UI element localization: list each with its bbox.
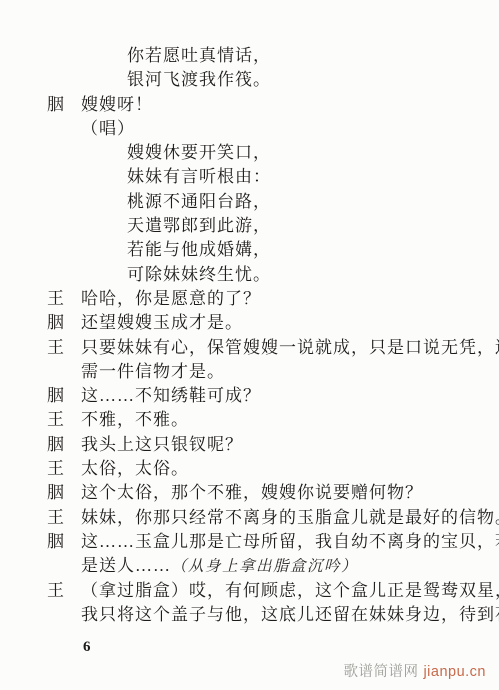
- verse-line: 可除妹妹终生忧。: [0, 263, 499, 287]
- speaker-label: 胭: [47, 93, 81, 117]
- line-text: 嫂嫂休要开笑口，: [127, 143, 271, 162]
- watermark: 歌谱简谱网jianpu.cn: [343, 660, 486, 681]
- line-segment: 嫂嫂休要开笑口，: [127, 143, 271, 162]
- dialogue-line: 王只要妹妹有心，保管嫂嫂一说就成，只是口说无凭，还: [0, 336, 499, 360]
- line-text: 我只将这个盖子与他，这底儿还留在妹妹身边，待到花: [81, 605, 499, 624]
- speaker-label: 胭: [47, 311, 81, 335]
- continuation-line: 需一件信物才是。: [0, 360, 499, 384]
- dialogue-line: 王（拿过脂盒）哎，有何顾虑，这个盒儿正是鸳鸯双星，: [0, 579, 499, 603]
- verse-line: 妹妹有言听根由：: [0, 165, 499, 189]
- line-text: 天遣鄂郎到此游，: [127, 216, 271, 235]
- speaker-label: 王: [47, 457, 81, 481]
- verse-line: 若能与他成婚媾，: [0, 238, 499, 262]
- line-segment: 可除妹妹终生忧。: [127, 265, 271, 284]
- dialogue-line: 胭这个太俗，那个不雅，嫂嫂你说要赠何物？: [0, 481, 499, 505]
- line-segment: 我只将这个盖子与他，这底儿还留在妹妹身边，待到花: [81, 605, 499, 624]
- dialogue-line: 胭还望嫂嫂玉成才是。: [0, 311, 499, 335]
- line-text: 桃源不通阳台路，: [127, 192, 271, 211]
- dialogue-line: 胭嫂嫂呀！: [0, 93, 499, 117]
- speaker-label: 王: [47, 506, 81, 530]
- line-text: 可除妹妹终生忧。: [127, 265, 271, 284]
- line-segment: 妹妹，你那只经常不离身的玉脂盒儿就是最好的信物。: [81, 508, 499, 527]
- verse-line: 天遣鄂郎到此游，: [0, 214, 499, 238]
- line-text: 需一件信物才是。: [81, 362, 225, 381]
- line-text: 这……不知绣鞋可成？: [81, 384, 261, 408]
- line-segment: 银河飞渡我作筏。: [127, 70, 271, 89]
- line-text: 哈哈，你是愿意的了？: [81, 287, 261, 311]
- dialogue-line: 胭我头上这只银钗呢？: [0, 433, 499, 457]
- speaker-label: 王: [47, 579, 81, 603]
- line-segment: 天遣鄂郎到此游，: [127, 216, 271, 235]
- script-text-block: 你若愿吐真情话，银河飞渡我作筏。胭嫂嫂呀！（唱）嫂嫂休要开笑口，妹妹有言听根由：…: [0, 0, 499, 627]
- line-segment: 还望嫂嫂玉成才是。: [81, 313, 243, 332]
- line-text: 若能与他成婚媾，: [127, 240, 271, 259]
- speaker-label: 王: [47, 336, 81, 360]
- line-segment: 若能与他成婚媾，: [127, 240, 271, 259]
- line-segment: 太俗，太俗。: [81, 459, 189, 478]
- verse-line: 嫂嫂休要开笑口，: [0, 141, 499, 165]
- verse-line: 桃源不通阳台路，: [0, 190, 499, 214]
- line-text: 是送人……（从身上拿出脂盒沉吟）: [81, 556, 358, 575]
- line-segment: 桃源不通阳台路，: [127, 192, 271, 211]
- line-segment: 需一件信物才是。: [81, 362, 225, 381]
- line-text: 妹妹有言听根由：: [127, 167, 271, 186]
- line-segment: 你若愿吐真情话，: [127, 46, 271, 65]
- line-text: 太俗，太俗。: [81, 457, 189, 481]
- line-segment: （唱）: [81, 119, 135, 138]
- line-text: 不雅，不雅。: [81, 408, 189, 432]
- continuation-line: 我只将这个盖子与他，这底儿还留在妹妹身边，待到花: [0, 603, 499, 627]
- continuation-line: 是送人……（从身上拿出脂盒沉吟）: [0, 554, 499, 578]
- line-text: 还望嫂嫂玉成才是。: [81, 311, 243, 335]
- speaker-label: 胭: [47, 481, 81, 505]
- line-text: 只要妹妹有心，保管嫂嫂一说就成，只是口说无凭，还: [81, 336, 499, 360]
- line-text: 妹妹，你那只经常不离身的玉脂盒儿就是最好的信物。: [81, 506, 499, 530]
- page-number: 6: [83, 639, 499, 656]
- watermark-site-name: 歌谱简谱网: [343, 664, 418, 680]
- line-segment: 我头上这只银钗呢？: [81, 435, 243, 454]
- line-segment: 妹妹有言听根由：: [127, 167, 271, 186]
- line-segment: 这……玉盒儿那是亡母所留，我自幼不离身的宝贝，若: [81, 532, 499, 551]
- dialogue-line: 王哈哈，你是愿意的了？: [0, 287, 499, 311]
- dialogue-line: 胭这……不知绣鞋可成？: [0, 384, 499, 408]
- line-segment: 嫂嫂呀！: [81, 95, 153, 114]
- verse-line: 你若愿吐真情话，: [0, 44, 499, 68]
- line-segment: （拿过脂盒）哎，有何顾虑，这个盒儿正是鸳鸯双星，: [81, 581, 499, 600]
- line-text: 我头上这只银钗呢？: [81, 433, 243, 457]
- scanned-script-page: 你若愿吐真情话，银河飞渡我作筏。胭嫂嫂呀！（唱）嫂嫂休要开笑口，妹妹有言听根由：…: [0, 0, 499, 690]
- line-segment: 这……不知绣鞋可成？: [81, 386, 261, 405]
- line-text: （唱）: [81, 119, 135, 138]
- watermark-site-url: jianpu.cn: [423, 664, 486, 680]
- line-text: 银河飞渡我作筏。: [127, 70, 271, 89]
- stage-direction: （从身上拿出脂盒沉吟）: [171, 558, 358, 575]
- line-text: （拿过脂盒）哎，有何顾虑，这个盒儿正是鸳鸯双星，: [81, 579, 499, 603]
- line-text: 你若愿吐真情话，: [127, 46, 271, 65]
- dialogue-line: 王妹妹，你那只经常不离身的玉脂盒儿就是最好的信物。: [0, 506, 499, 530]
- speaker-label: 胭: [47, 384, 81, 408]
- continuation-line: （唱）: [0, 117, 499, 141]
- line-segment: 是送人……: [81, 556, 171, 575]
- dialogue-line: 胭这……玉盒儿那是亡母所留，我自幼不离身的宝贝，若: [0, 530, 499, 554]
- line-segment: 不雅，不雅。: [81, 410, 189, 429]
- speaker-label: 胭: [47, 433, 81, 457]
- line-segment: 只要妹妹有心，保管嫂嫂一说就成，只是口说无凭，还: [81, 338, 499, 357]
- dialogue-line: 王太俗，太俗。: [0, 457, 499, 481]
- speaker-label: 王: [47, 408, 81, 432]
- line-text: 这个太俗，那个不雅，嫂嫂你说要赠何物？: [81, 481, 423, 505]
- line-text: 这……玉盒儿那是亡母所留，我自幼不离身的宝贝，若: [81, 530, 499, 554]
- line-text: 嫂嫂呀！: [81, 93, 153, 117]
- dialogue-line: 王不雅，不雅。: [0, 408, 499, 432]
- verse-line: 银河飞渡我作筏。: [0, 68, 499, 92]
- line-segment: 这个太俗，那个不雅，嫂嫂你说要赠何物？: [81, 483, 423, 502]
- line-segment: 哈哈，你是愿意的了？: [81, 289, 261, 308]
- speaker-label: 胭: [47, 530, 81, 554]
- speaker-label: 王: [47, 287, 81, 311]
